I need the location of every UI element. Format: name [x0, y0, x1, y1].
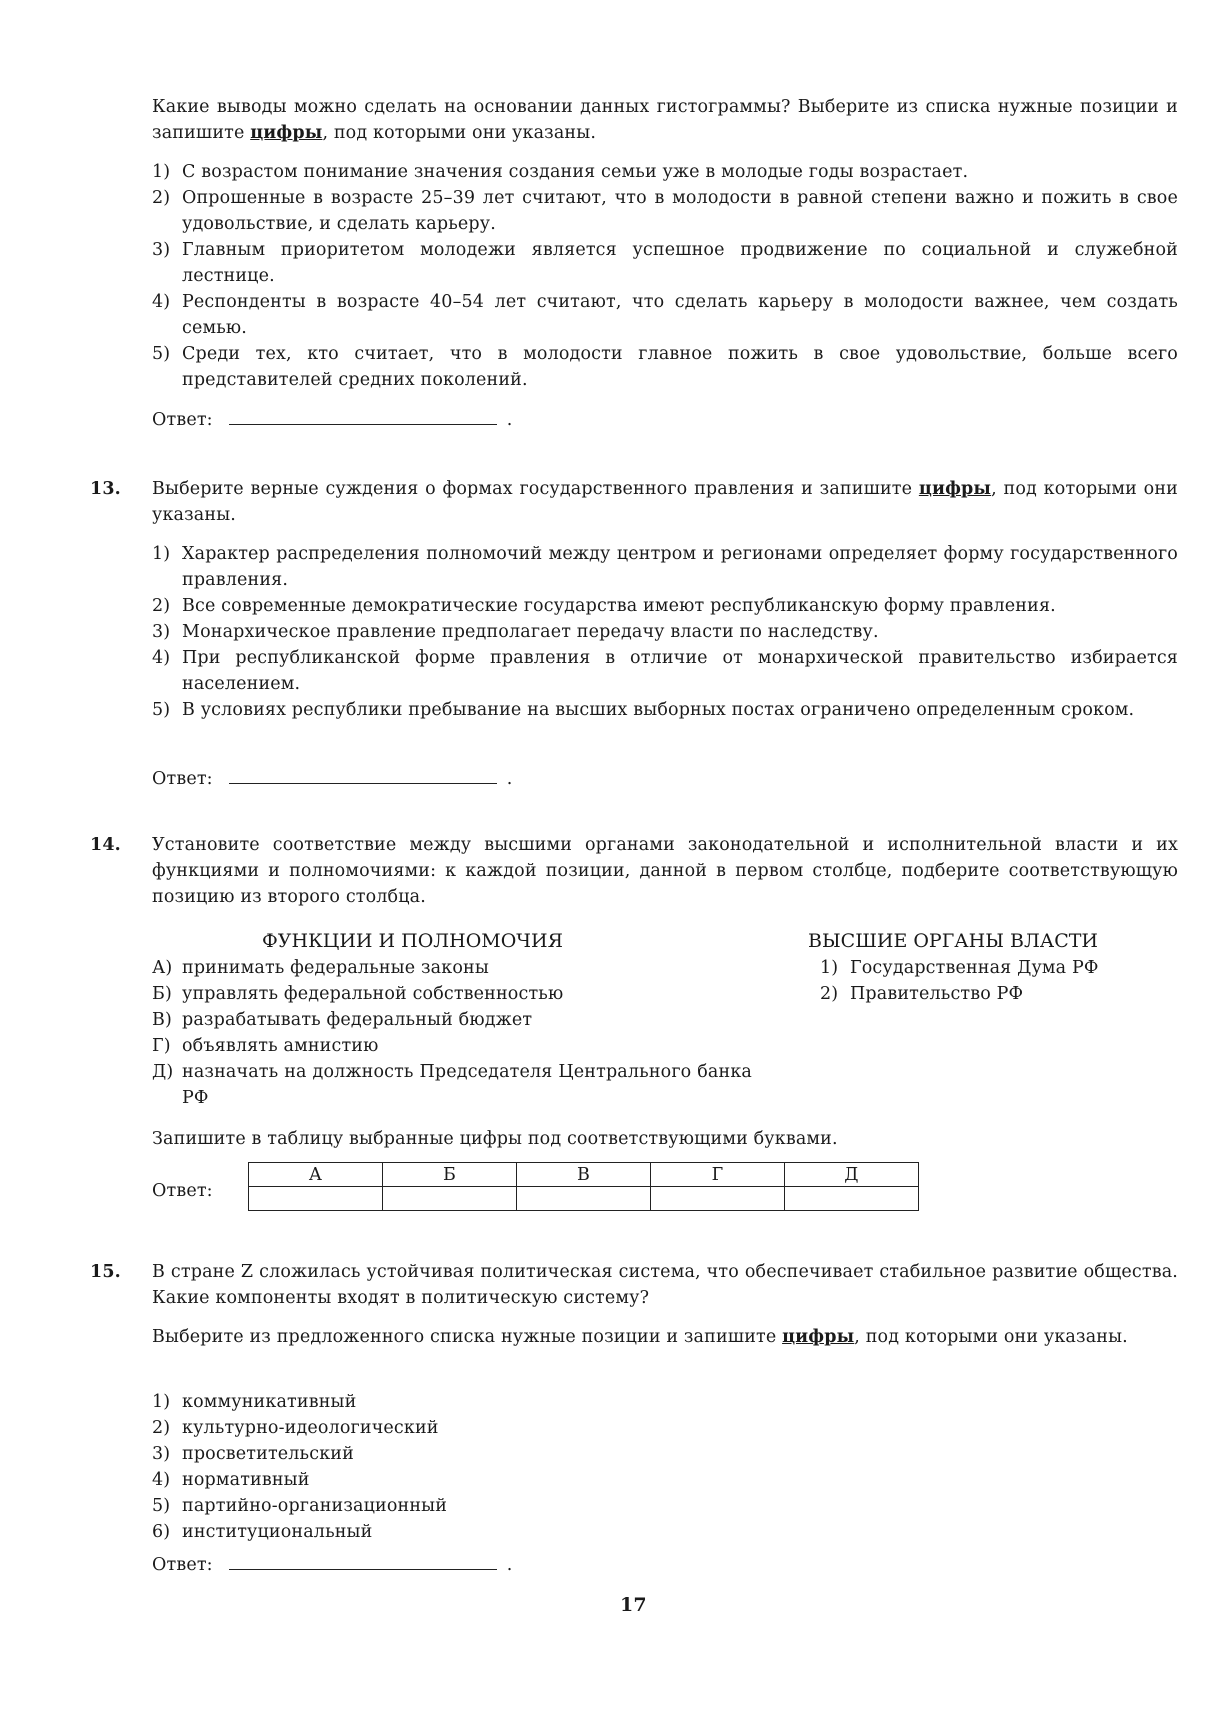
option-text: партийно-организационный: [182, 1496, 447, 1516]
q14-left-items: А)принимать федеральные законы Б)управля…: [152, 955, 752, 1111]
item-number: 2): [820, 981, 838, 1007]
q12-option-2: 2)Опрошенные в возрасте 25–39 лет считаю…: [152, 185, 1178, 237]
answer-cell-d[interactable]: [785, 1187, 919, 1211]
q15-answer: Ответ:.: [152, 1552, 512, 1578]
option-text: просветительский: [182, 1444, 354, 1464]
answer-cell-a[interactable]: [249, 1187, 383, 1211]
option-number: 5): [152, 1493, 170, 1519]
q13-option-4: 4)При республиканской форме правления в …: [152, 645, 1178, 697]
q13-option-5: 5)В условиях республики пребывание на вы…: [152, 697, 1178, 723]
item-letter: В): [152, 1007, 172, 1033]
item-text: назначать на должность Председателя Цент…: [182, 1062, 752, 1108]
answer-table-header: В: [517, 1163, 651, 1187]
answer-label: Ответ:: [152, 1555, 213, 1575]
q14-left-column-header: ФУНКЦИИ И ПОЛНОМОЧИЯ: [262, 928, 563, 954]
answer-table-header: Д: [785, 1163, 919, 1187]
q15-answer-field[interactable]: [229, 1553, 497, 1570]
q15-instruction-text: Выберите из предложенного списка нужные …: [152, 1327, 782, 1347]
q14-left-item-g: Г)объявлять амнистию: [152, 1033, 752, 1059]
item-number: 1): [820, 955, 838, 981]
item-letter: Г): [152, 1033, 171, 1059]
option-number: 4): [152, 645, 170, 671]
q14-right-items: 1)Государственная Дума РФ 2)Правительств…: [820, 955, 1180, 1007]
option-text: При республиканской форме правления в от…: [182, 648, 1178, 694]
option-number: 3): [152, 1441, 170, 1467]
option-number: 2): [152, 185, 170, 211]
answer-label: Ответ:: [152, 410, 213, 430]
q13-prompt-text: Выберите верные суждения о формах госуда…: [152, 479, 919, 499]
option-text: нормативный: [182, 1470, 310, 1490]
q14-answer-table: А Б В Г Д: [248, 1162, 919, 1211]
answer-table-header: Г: [651, 1163, 785, 1187]
q13-option-1: 1)Характер распределения полномочий межд…: [152, 541, 1178, 593]
item-text: Правительство РФ: [850, 984, 1023, 1004]
item-text: Государственная Дума РФ: [850, 958, 1099, 978]
option-text: Респонденты в возрасте 40–54 лет считают…: [182, 292, 1178, 338]
q12-prompt: Какие выводы можно сделать на основании …: [152, 94, 1178, 146]
q15-instruction: Выберите из предложенного списка нужные …: [152, 1324, 1178, 1350]
answer-cell-b[interactable]: [383, 1187, 517, 1211]
answer-period: .: [507, 1555, 513, 1575]
q14-right-column-header: ВЫСШИЕ ОРГАНЫ ВЛАСТИ: [808, 928, 1098, 954]
q14-prompt: Установите соответствие между высшими ор…: [152, 832, 1178, 910]
item-letter: Б): [152, 981, 172, 1007]
q13-answer-field[interactable]: [229, 767, 497, 784]
option-number: 1): [152, 541, 170, 567]
option-text: Главным приоритетом молодежи является ус…: [182, 240, 1178, 286]
answer-period: .: [507, 769, 513, 789]
q12-option-1: 1)С возрастом понимание значения создани…: [152, 159, 1178, 185]
q12-answer-field[interactable]: [229, 408, 497, 425]
q15-options: 1)коммуникативный 2)культурно-идеологиче…: [152, 1389, 1178, 1545]
q14-number: 14.: [90, 832, 121, 858]
answer-cell-g[interactable]: [651, 1187, 785, 1211]
q13-prompt: Выберите верные суждения о формах госуда…: [152, 476, 1178, 528]
option-number: 2): [152, 593, 170, 619]
q14-table-instruction: Запишите в таблицу выбранные цифры под с…: [152, 1126, 1178, 1152]
q15-option-2: 2)культурно-идеологический: [152, 1415, 1178, 1441]
option-text: Опрошенные в возрасте 25–39 лет считают,…: [182, 188, 1178, 234]
option-number: 4): [152, 289, 170, 315]
item-letter: Д): [152, 1059, 173, 1085]
q15-option-6: 6)институциональный: [152, 1519, 1178, 1545]
q14-left-item-b: Б)управлять федеральной собственностью: [152, 981, 752, 1007]
q14-left-item-d: Д)назначать на должность Председателя Це…: [152, 1059, 752, 1111]
q15-option-3: 3)просветительский: [152, 1441, 1178, 1467]
item-text: объявлять амнистию: [182, 1036, 378, 1056]
option-text: Все современные демократические государс…: [182, 596, 1056, 616]
option-number: 2): [152, 1415, 170, 1441]
option-text: С возрастом понимание значения создания …: [182, 162, 968, 182]
answer-label: Ответ:: [152, 769, 213, 789]
option-text: В условиях республики пребывание на высш…: [182, 700, 1134, 720]
option-number: 4): [152, 1467, 170, 1493]
q14-left-item-v: В)разрабатывать федеральный бюджет: [152, 1007, 752, 1033]
q12-answer: Ответ:.: [152, 407, 512, 433]
answer-table-input-row: [249, 1187, 919, 1211]
item-text: разрабатывать федеральный бюджет: [182, 1010, 532, 1030]
option-text: Среди тех, кто считает, что в молодости …: [182, 344, 1178, 390]
option-number: 5): [152, 341, 170, 367]
page-number: 17: [620, 1592, 647, 1618]
q12-prompt-text-end: , под которыми они указаны.: [322, 123, 596, 143]
answer-table-header: А: [249, 1163, 383, 1187]
option-number: 3): [152, 237, 170, 263]
option-number: 5): [152, 697, 170, 723]
option-number: 1): [152, 159, 170, 185]
q12-option-5: 5)Среди тех, кто считает, что в молодост…: [152, 341, 1178, 393]
q15-option-5: 5)партийно-организационный: [152, 1493, 1178, 1519]
q12-option-4: 4)Респонденты в возрасте 40–54 лет счита…: [152, 289, 1178, 341]
q15-prompt: В стране Z сложилась устойчивая политиче…: [152, 1259, 1178, 1311]
answer-period: .: [507, 410, 513, 430]
q13-option-3: 3)Монархическое правление предполагает п…: [152, 619, 1178, 645]
q14-right-item-1: 1)Государственная Дума РФ: [820, 955, 1180, 981]
option-text: Характер распределения полномочий между …: [182, 544, 1178, 590]
option-text: институциональный: [182, 1522, 372, 1542]
q14-answer-label: Ответ:: [152, 1178, 213, 1204]
q15-number: 15.: [90, 1259, 121, 1285]
answer-table-header: Б: [383, 1163, 517, 1187]
option-number: 6): [152, 1519, 170, 1545]
q14-right-item-2: 2)Правительство РФ: [820, 981, 1180, 1007]
q14-left-item-a: А)принимать федеральные законы: [152, 955, 752, 981]
item-letter: А): [152, 955, 172, 981]
option-text: Монархическое правление предполагает пер…: [182, 622, 879, 642]
item-text: принимать федеральные законы: [182, 958, 489, 978]
q15-instruction-emphasis: цифры: [782, 1327, 854, 1347]
item-text: управлять федеральной собственностью: [182, 984, 563, 1004]
q13-option-2: 2)Все современные демократические госуда…: [152, 593, 1178, 619]
answer-cell-v[interactable]: [517, 1187, 651, 1211]
q15-option-1: 1)коммуникативный: [152, 1389, 1178, 1415]
q12-option-3: 3)Главным приоритетом молодежи является …: [152, 237, 1178, 289]
q15-option-4: 4)нормативный: [152, 1467, 1178, 1493]
option-number: 3): [152, 619, 170, 645]
option-text: культурно-идеологический: [182, 1418, 439, 1438]
q13-answer: Ответ:.: [152, 766, 512, 792]
q13-number: 13.: [90, 476, 121, 502]
q12-options: 1)С возрастом понимание значения создани…: [152, 159, 1178, 393]
q15-instruction-text-end: , под которыми они указаны.: [854, 1327, 1128, 1347]
q13-prompt-emphasis: цифры: [919, 479, 991, 499]
option-text: коммуникативный: [182, 1392, 356, 1412]
q13-options: 1)Характер распределения полномочий межд…: [152, 541, 1178, 723]
q12-prompt-emphasis: цифры: [250, 123, 322, 143]
option-number: 1): [152, 1389, 170, 1415]
answer-table-header-row: А Б В Г Д: [249, 1163, 919, 1187]
